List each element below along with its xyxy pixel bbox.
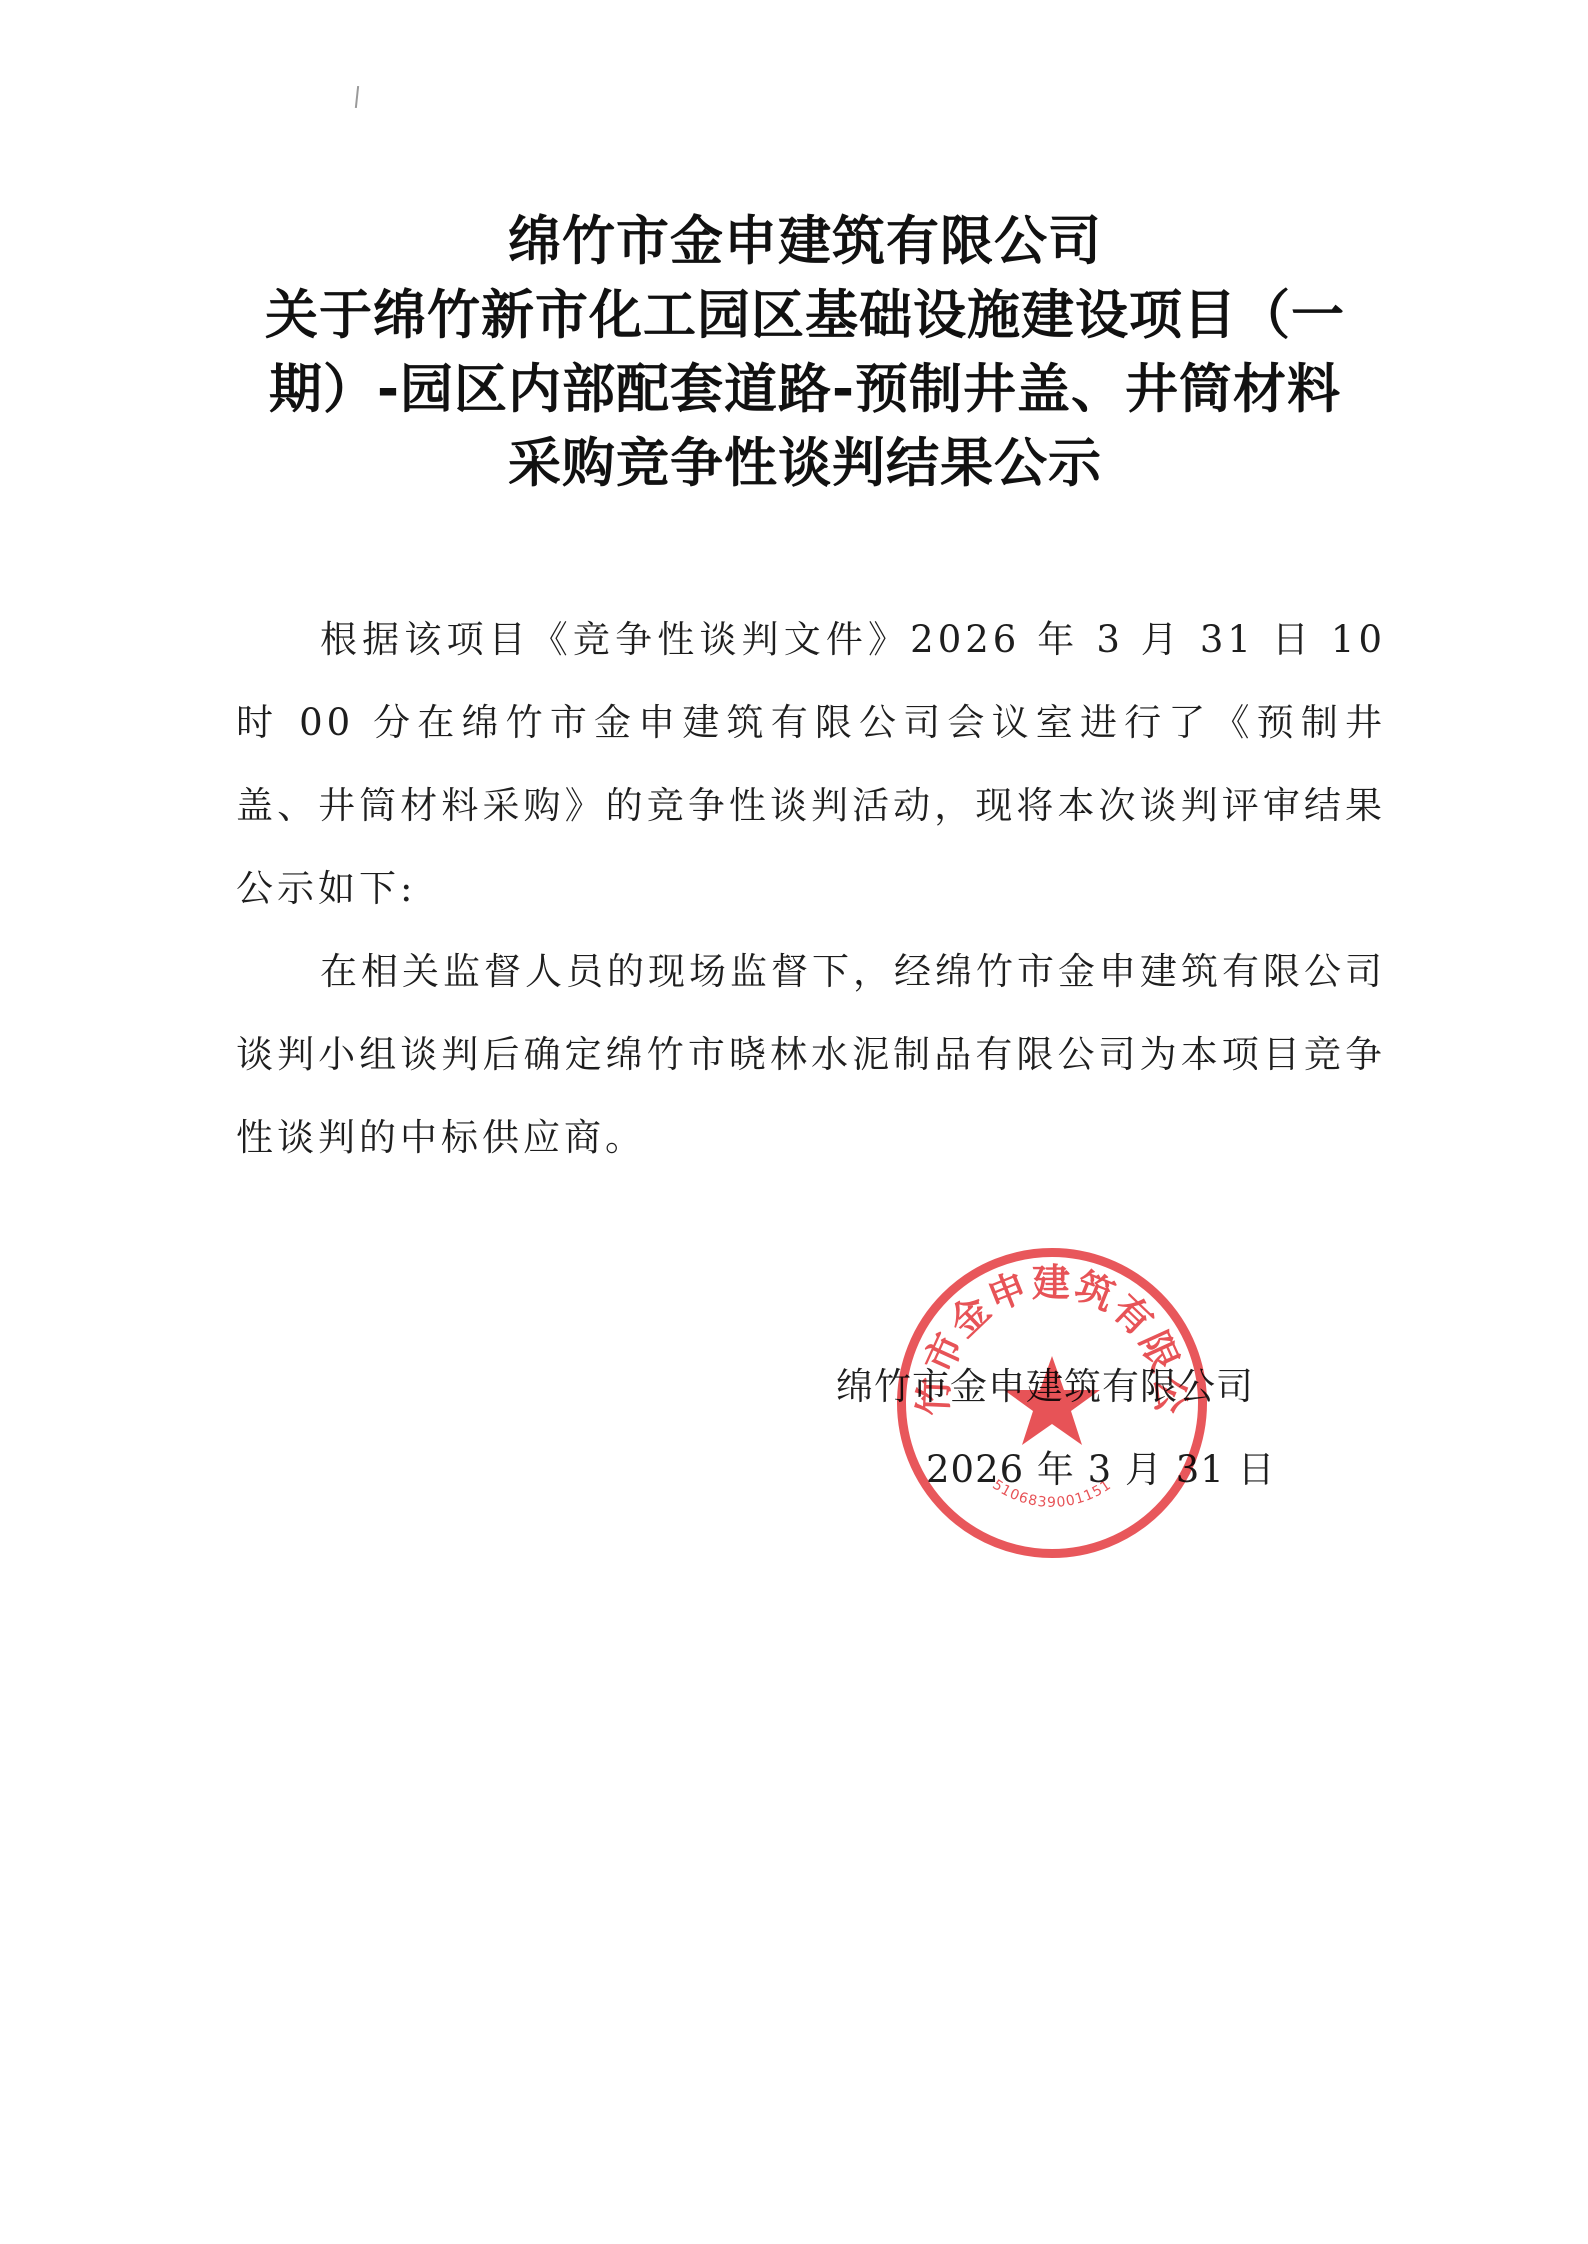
document-page: 绵竹市金申建筑有限公司 关于绵竹新市化工园区基础设施建设项目（一 期）-园区内部… [0, 0, 1588, 2244]
title-line-company: 绵竹市金申建筑有限公司 [220, 205, 1390, 279]
title-line-3: 期）-园区内部配套道路-预制井盖、井筒材料 [220, 353, 1390, 427]
signature-block: 绵竹市金申建筑有限公司 2026 年 3 月 31 日 [836, 1345, 1276, 1511]
paragraph-negotiation-info: 根据该项目《竞争性谈判文件》2026 年 3 月 31 日 10 时 00 分在… [236, 598, 1386, 930]
scan-mark [355, 86, 359, 108]
paragraph-result: 在相关监督人员的现场监督下，经绵竹市金申建筑有限公司谈判小组谈判后确定绵竹市晓林… [236, 930, 1386, 1179]
title-line-4: 采购竞争性谈判结果公示 [220, 427, 1390, 501]
signature-company: 绵竹市金申建筑有限公司 [836, 1345, 1276, 1428]
document-body: 根据该项目《竞争性谈判文件》2026 年 3 月 31 日 10 时 00 分在… [236, 598, 1386, 1179]
document-title: 绵竹市金申建筑有限公司 关于绵竹新市化工园区基础设施建设项目（一 期）-园区内部… [220, 205, 1390, 501]
title-line-2: 关于绵竹新市化工园区基础设施建设项目（一 [220, 279, 1390, 353]
signature-date: 2026 年 3 月 31 日 [836, 1428, 1276, 1511]
